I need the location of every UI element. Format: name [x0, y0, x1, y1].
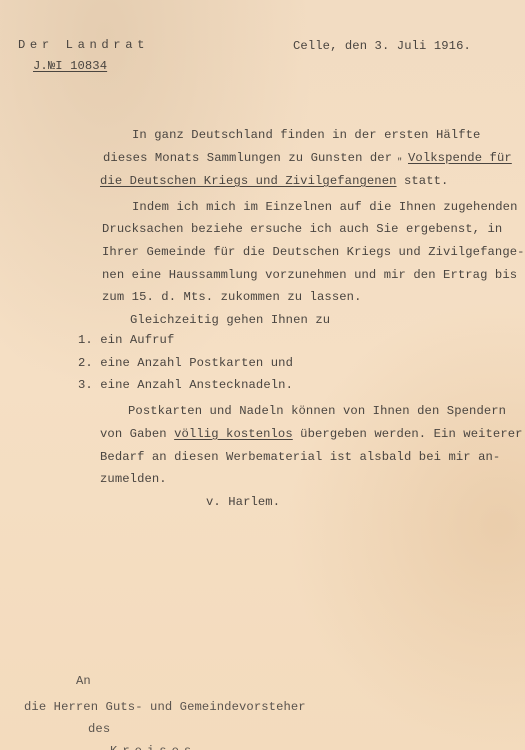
- quote-mark: ": [397, 155, 403, 169]
- paragraph-4-line-1: Postkarten und Nadeln können von Ihnen d…: [128, 404, 506, 418]
- place-date: Celle, den 3. Juli 1916.: [293, 39, 471, 53]
- address-line-2: die Herren Guts- und Gemeindevorsteher: [24, 700, 306, 714]
- campaign-name-part-2: die Deutschen Kriegs und Zivilgefangenen: [100, 174, 397, 188]
- list-item-1: 1. ein Aufruf: [78, 333, 174, 347]
- paragraph-2-line-3: Ihrer Gemeinde für die Deutschen Kriegs …: [102, 245, 525, 259]
- campaign-name-part-1: Volkspende für: [408, 151, 512, 165]
- paragraph-1-end: statt.: [397, 174, 449, 188]
- paragraph-4-line-3: Bedarf an diesen Werbematerial ist alsba…: [100, 450, 500, 464]
- sender-title: Der Landrat: [18, 38, 149, 52]
- text-segment: übergeben werden. Ein weiterer: [293, 427, 523, 441]
- paragraph-1-line-3: die Deutschen Kriegs und Zivilgefangenen…: [100, 174, 448, 188]
- reference-number: J.№I 10834: [33, 59, 123, 73]
- paragraph-3: Gleichzeitig gehen Ihnen zu: [130, 313, 330, 327]
- text-segment: von Gaben: [100, 427, 174, 441]
- address-line-3: des: [88, 722, 110, 736]
- paragraph-1-line-2: dieses Monats Sammlungen zu Gunsten der: [103, 151, 392, 165]
- address-line-1: An: [76, 674, 91, 688]
- paragraph-2-line-4: nen eine Haussammlung vorzunehmen und mi…: [102, 268, 517, 282]
- paragraph-4-line-4: zumelden.: [100, 472, 167, 486]
- emphasis-underlined: völlig kostenlos: [174, 427, 293, 441]
- paragraph-2-line-5: zum 15. d. Mts. zukommen zu lassen.: [102, 290, 361, 304]
- paragraph-2-line-2: Drucksachen beziehe ersuche ich auch Sie…: [102, 222, 502, 236]
- list-item-3: 3. eine Anzahl Anstecknadeln.: [78, 378, 293, 392]
- address-line-4: Kreises.: [110, 744, 209, 750]
- list-item-2: 2. eine Anzahl Postkarten und: [78, 356, 293, 370]
- paragraph-1-line-1: In ganz Deutschland finden in der ersten…: [132, 128, 480, 142]
- paragraph-4-line-2: von Gaben völlig kostenlos übergeben wer…: [100, 427, 523, 441]
- signature: v. Harlem.: [206, 495, 280, 509]
- paragraph-2-line-1: Indem ich mich im Einzelnen auf die Ihne…: [132, 200, 518, 214]
